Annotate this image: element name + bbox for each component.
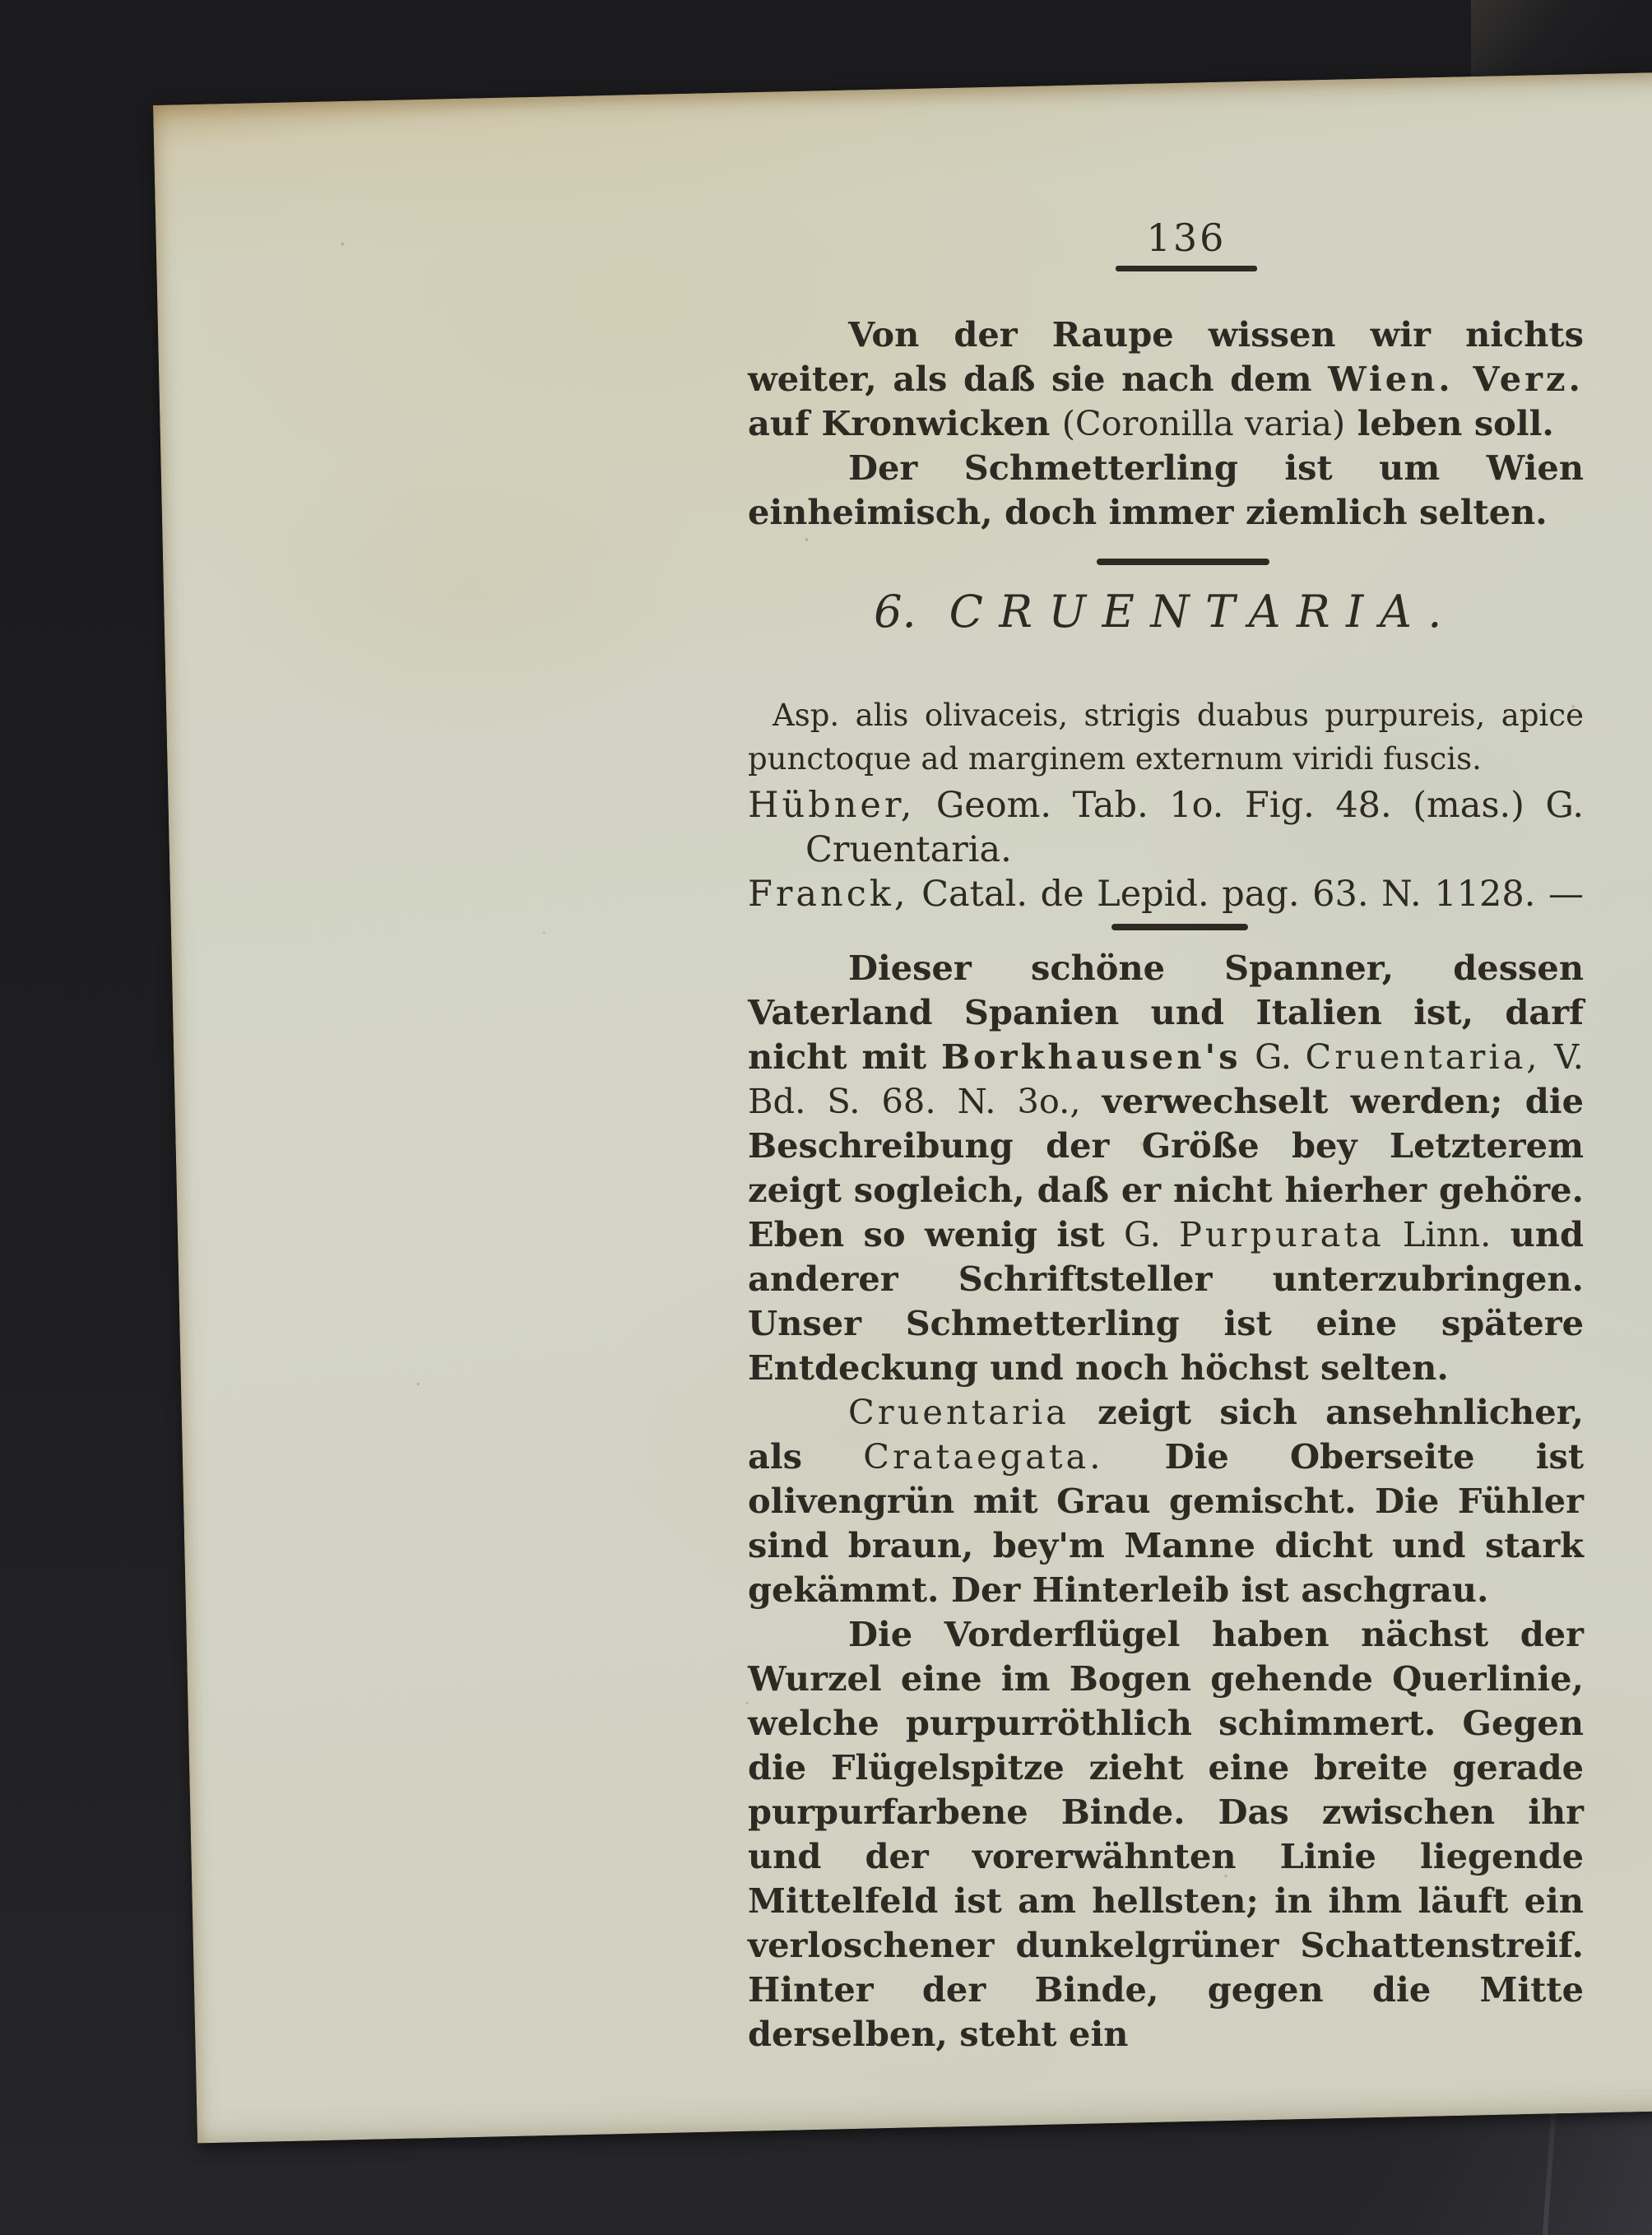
text-segment: Hübner, (748, 785, 915, 826)
paragraph-vorderfluegel: Die Vorderflügel haben nächst der Wurzel… (748, 1612, 1584, 2056)
reference-huebner-continued: Cruentaria. (748, 828, 1584, 872)
paragraph-oberseite: Cruentaria zeigt sich ansehnlicher, als … (748, 1390, 1584, 1612)
scan-background: 136 Von der Raupe wissen wir nichts weit… (0, 0, 1652, 2235)
text-segment: Purpurata (1179, 1214, 1385, 1254)
section-divider (1097, 559, 1269, 565)
text-segment: Linn. (1385, 1214, 1492, 1254)
page-text-layer: 136 Von der Raupe wissen wir nichts weit… (748, 0, 1584, 2235)
page-number: 136 (768, 216, 1604, 260)
text-segment: Die Vorderflügel haben nächst der Wurzel… (748, 1614, 1584, 2054)
section-divider (1111, 924, 1248, 930)
species-index: 6. (874, 586, 916, 638)
text-segment: Borkhausen's (941, 1036, 1241, 1077)
reference-list: Hübner, Geom. Tab. 1o. Fig. 48. (mas.) G… (748, 783, 1584, 916)
text-segment: Cruentaria. (805, 829, 1012, 870)
text-segment: Franck, (748, 874, 909, 915)
reference-huebner: Hübner, Geom. Tab. 1o. Fig. 48. (mas.) G… (748, 783, 1584, 828)
text-segment: G. (1241, 1036, 1306, 1077)
text-segment: Der Schmetterling ist um Wien einheimisc… (748, 447, 1584, 532)
paragraph-raupe: Von der Raupe wissen wir nichts weiter, … (748, 313, 1584, 446)
text-segment: auf Kronwicken (748, 403, 1062, 443)
text-segment: Crataegata. (863, 1436, 1103, 1477)
text-segment: Cruentaria (848, 1392, 1070, 1432)
text-segment: G. (1124, 1214, 1179, 1254)
page-header: 136 (768, 216, 1604, 271)
paragraph-vergleich: Dieser schöne Spanner, dessen Vaterland … (748, 946, 1584, 1390)
page-number-rule (1116, 266, 1257, 271)
species-heading: 6.CRUENTARIA. (748, 586, 1584, 638)
intro-paragraphs: Von der Raupe wissen wir nichts weiter, … (748, 313, 1584, 535)
text-segment: leben soll. (1345, 403, 1554, 443)
text-segment: Geom. Tab. 1o. Fig. 48. (mas.) G. (915, 785, 1584, 826)
text-segment: Catal. de Lepid. pag. 63. N. 1128. — (909, 874, 1584, 915)
latin-diagnosis: Asp. alis olivaceis, strigis duabus purp… (748, 693, 1584, 781)
text-segment: (Coronilla varia) (1062, 403, 1345, 443)
text-segment: Cruentaria, (1305, 1036, 1540, 1077)
description-paragraphs: Dieser schöne Spanner, dessen Vaterland … (748, 946, 1584, 2056)
text-segment: Wien. Verz. (1328, 359, 1584, 399)
species-name: CRUENTARIA. (949, 586, 1458, 638)
reference-franck: Franck, Catal. de Lepid. pag. 63. N. 112… (748, 872, 1584, 916)
paragraph-schmetterling: Der Schmetterling ist um Wien einheimisc… (748, 446, 1584, 535)
